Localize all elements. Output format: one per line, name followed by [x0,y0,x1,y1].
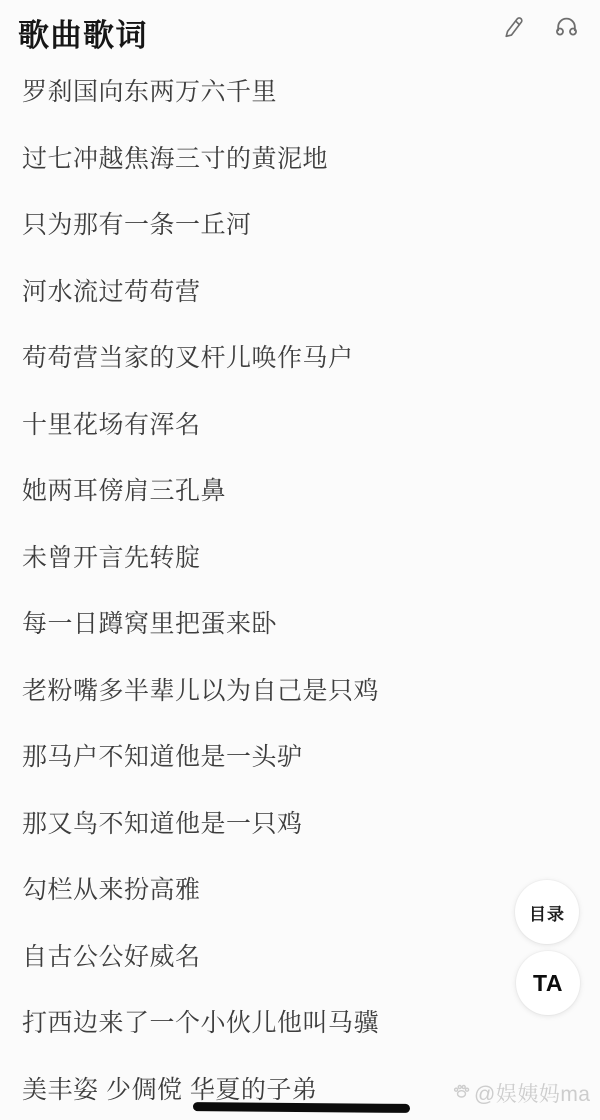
lyric-line: 她两耳傍肩三孔鼻 [22,456,598,523]
toc-button-label: 目录 [529,900,565,925]
ta-button[interactable]: TA [516,951,580,1015]
lyric-line: 那马户不知道他是一头驴 [22,722,598,789]
lyric-line: 打西边来了一个小伙儿他叫马骥 [22,988,598,1055]
headphones-icon [553,14,580,44]
watermark-text: @娱姨妈ma [474,1078,591,1108]
listen-button[interactable] [552,15,580,43]
lyric-line: 勾栏从来扮高雅 [22,855,598,922]
lyric-line: 罗刹国向东两万六千里 [22,57,598,124]
page-title: 歌曲歌词 [18,10,148,55]
toc-button[interactable]: 目录 [515,880,579,944]
watermark: @娱姨妈ma [452,1078,591,1108]
lyric-line: 那又鸟不知道他是一只鸡 [22,789,598,856]
paw-icon [452,1081,471,1106]
lyric-line: 自古公公好威名 [22,922,598,989]
header-actions [499,15,580,43]
lyrics-list: 罗刹国向东两万六千里 过七冲越焦海三寸的黄泥地 只为那有一条一丘河 河水流过苟苟… [22,57,598,1120]
lyric-line: 只为那有一条一丘河 [22,190,598,257]
lyric-line: 河水流过苟苟营 [22,257,598,324]
lyrics-page: 歌曲歌词 [0,0,600,1120]
lyric-line: 过七冲越焦海三寸的黄泥地 [22,124,598,191]
pencil-icon [501,14,526,44]
lyric-line: 未曾开言先转腚 [22,523,598,590]
ta-button-label: TA [533,970,563,997]
lyric-line: 老粉嘴多半辈儿以为自己是只鸡 [22,656,598,723]
lyric-line: 十里花场有浑名 [22,390,598,457]
lyric-line: 苟苟营当家的叉杆儿唤作马户 [22,323,598,390]
edit-button[interactable] [499,15,527,43]
lyric-line: 每一日蹲窝里把蛋来卧 [22,589,598,656]
